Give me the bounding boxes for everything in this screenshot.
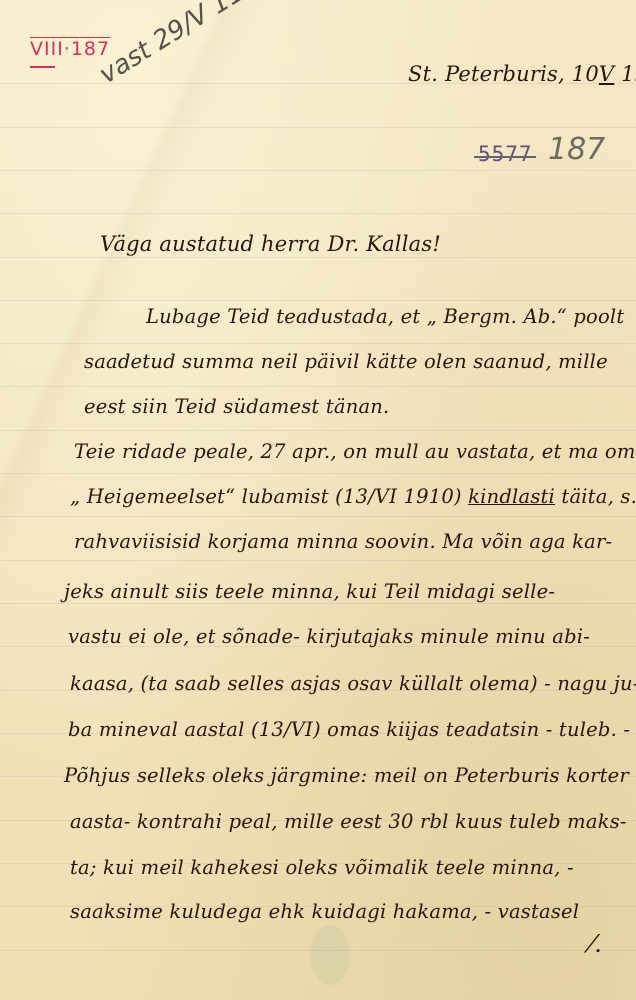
archive-mark-underline	[30, 66, 55, 68]
ruled-line	[0, 170, 636, 171]
dateline-place: St. Peterburis,	[408, 62, 565, 86]
archive-mark-text: VIII·187	[30, 38, 110, 60]
body-line: Põhjus selleks oleks järgmine: meil on P…	[64, 764, 629, 787]
ruled-line	[0, 343, 636, 344]
body-line: jeks ainult siis teele minna, kui Teil m…	[64, 580, 555, 603]
salutation: Väga austatud herra Dr. Kallas!	[100, 232, 441, 256]
ruled-line	[0, 300, 636, 301]
body-line: Lubage Teid teadustada, et „ Bergm. Ab.“…	[146, 305, 624, 328]
body-line: saadetud summa neil päivil kätte olen sa…	[84, 350, 608, 373]
body-line: aasta- kontrahi peal, mille eest 30 rbl …	[70, 810, 627, 833]
ruled-line	[0, 127, 636, 128]
pencil-number: 187	[548, 132, 605, 167]
ruled-line	[0, 257, 636, 258]
dateline-year: 1911.	[621, 62, 636, 86]
body-line-text: täita, s.o.	[561, 485, 636, 508]
dateline: St. Peterburis, 10V 1911.	[408, 62, 636, 86]
underlined-word: kindlasti	[468, 485, 555, 508]
stamp-number-text: 5577	[478, 142, 533, 166]
body-line: rahvaviisisid korjama minna soovin. Ma v…	[74, 530, 612, 553]
dateline-day: 10	[572, 62, 599, 86]
strike-through	[474, 156, 536, 158]
body-line: Teie ridade peale, 27 apr., on mull au v…	[74, 440, 636, 463]
body-line: ba mineval aastal (13/VI) omas kiijas te…	[68, 718, 630, 741]
ruled-line	[0, 560, 636, 561]
body-line-text: „ Heigemeelset“ lubamist (13/VI 1910)	[70, 485, 462, 508]
struck-stamp-number: 5577	[478, 142, 533, 166]
body-line: kaasa, (ta saab selles asjas osav küllal…	[70, 672, 636, 695]
ruled-line	[0, 213, 636, 214]
body-line-with-underline: „ Heigemeelset“ lubamist (13/VI 1910) ki…	[70, 485, 636, 508]
dateline-month: V	[599, 62, 614, 86]
body-line: vastu ei ole, et sõnade- kirjutajaks min…	[68, 625, 590, 648]
letter-page: VIII·187 vast 29/V 11 5577 187 St. Peter…	[0, 0, 636, 1000]
ruled-line	[0, 516, 636, 517]
ink-blot	[310, 925, 350, 985]
ruled-line	[0, 473, 636, 474]
body-line: eest siin Teid südamest tänan.	[84, 395, 389, 418]
ruled-line	[0, 603, 636, 604]
ruled-line	[0, 386, 636, 387]
body-line: saaksime kuludega ehk kuidagi hakama, - …	[70, 900, 579, 923]
archive-mark: VIII·187	[30, 38, 110, 60]
body-line: ta; kui meil kahekesi oleks võimalik tee…	[70, 856, 574, 879]
ruled-line	[0, 430, 636, 431]
continuation-mark: ⁄.	[590, 930, 602, 958]
